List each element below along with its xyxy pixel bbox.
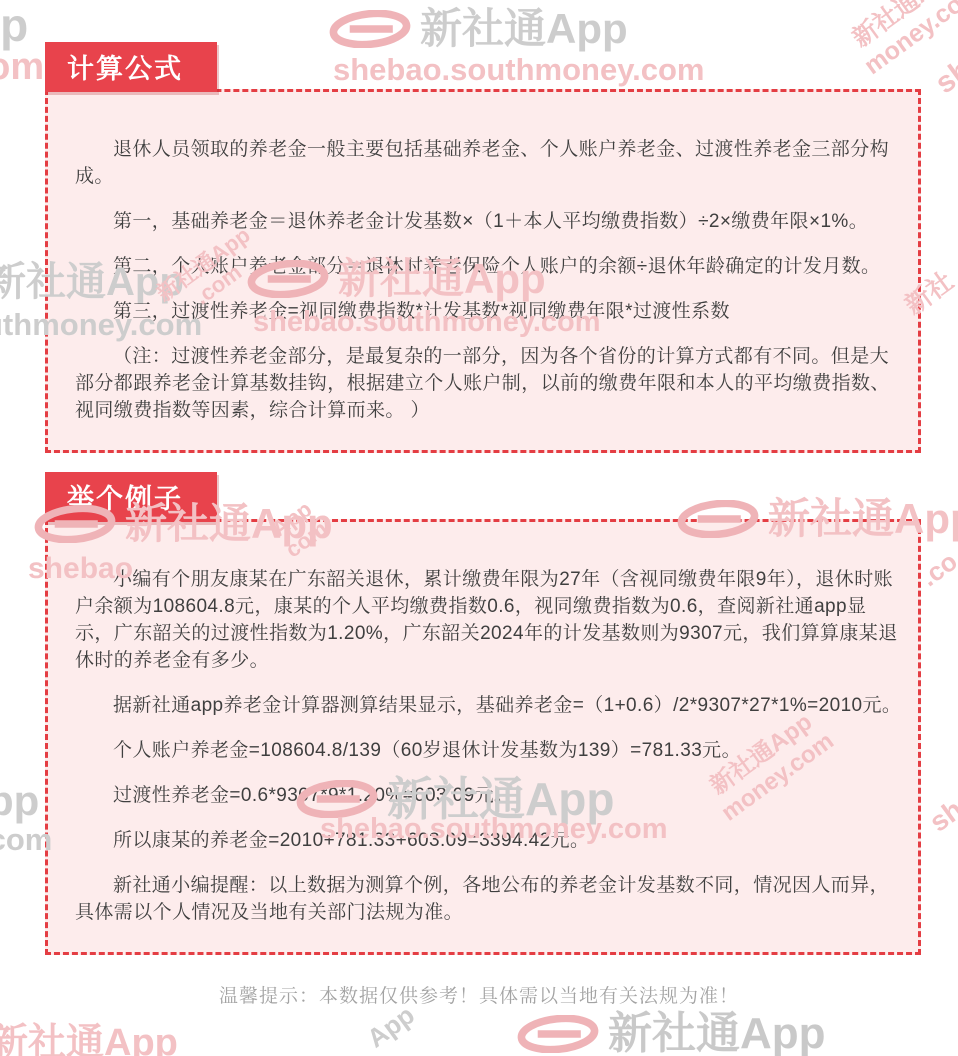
footer-disclaimer: 温馨提示：本数据仅供参考！具体需以当地有关法规为准！ <box>0 981 958 1008</box>
paragraph: 退休人员领取的养老金一般主要包括基础养老金、个人账户养老金、过渡性养老金三部分构… <box>75 136 902 190</box>
paragraph: 新社通小编提醒：以上数据为测算个例，各地公布的养老金计发基数不同，情况因人而异，… <box>75 872 902 926</box>
article-page: 计算公式 退休人员领取的养老金一般主要包括基础养老金、个人账户养老金、过渡性养老… <box>0 0 958 1056</box>
section-badge-formula: 计算公式 <box>45 42 217 92</box>
paragraph: 过渡性养老金=0.6*9307*9*1.20%=603.09元。 <box>75 782 902 809</box>
paragraph: （注：过渡性养老金部分，是最复杂的一部分，因为各个省份的计算方式都有不同。但是大… <box>75 343 902 424</box>
section-badge-example: 举个例子 <box>45 472 217 522</box>
paragraph: 小编有个朋友康某在广东韶关退休，累计缴费年限为27年（含视同缴费年限9年），退休… <box>75 566 902 674</box>
formula-box: 退休人员领取的养老金一般主要包括基础养老金、个人账户养老金、过渡性养老金三部分构… <box>45 89 921 453</box>
paragraph: 据新社通app养老金计算器测算结果显示，基础养老金=（1+0.6）/2*9307… <box>75 692 902 719</box>
paragraph: 所以康某的养老金=2010+781.33+603.09=3394.42元。 <box>75 827 902 854</box>
paragraph: 第二，个人账户养老金部分＝退休时养老保险个人账户的余额÷退休年龄确定的计发月数。 <box>75 253 902 280</box>
paragraph: 第一，基础养老金＝退休养老金计发基数×（1＋本人平均缴费指数）÷2×缴费年限×1… <box>75 208 902 235</box>
paragraph: 个人账户养老金=108604.8/139（60岁退休计发基数为139）=781.… <box>75 737 902 764</box>
example-box: 小编有个朋友康某在广东韶关退休，累计缴费年限为27年（含视同缴费年限9年），退休… <box>45 519 921 955</box>
paragraph: 第三，过渡性养老金=视同缴费指数*计发基数*视同缴费年限*过渡性系数 <box>75 298 902 325</box>
